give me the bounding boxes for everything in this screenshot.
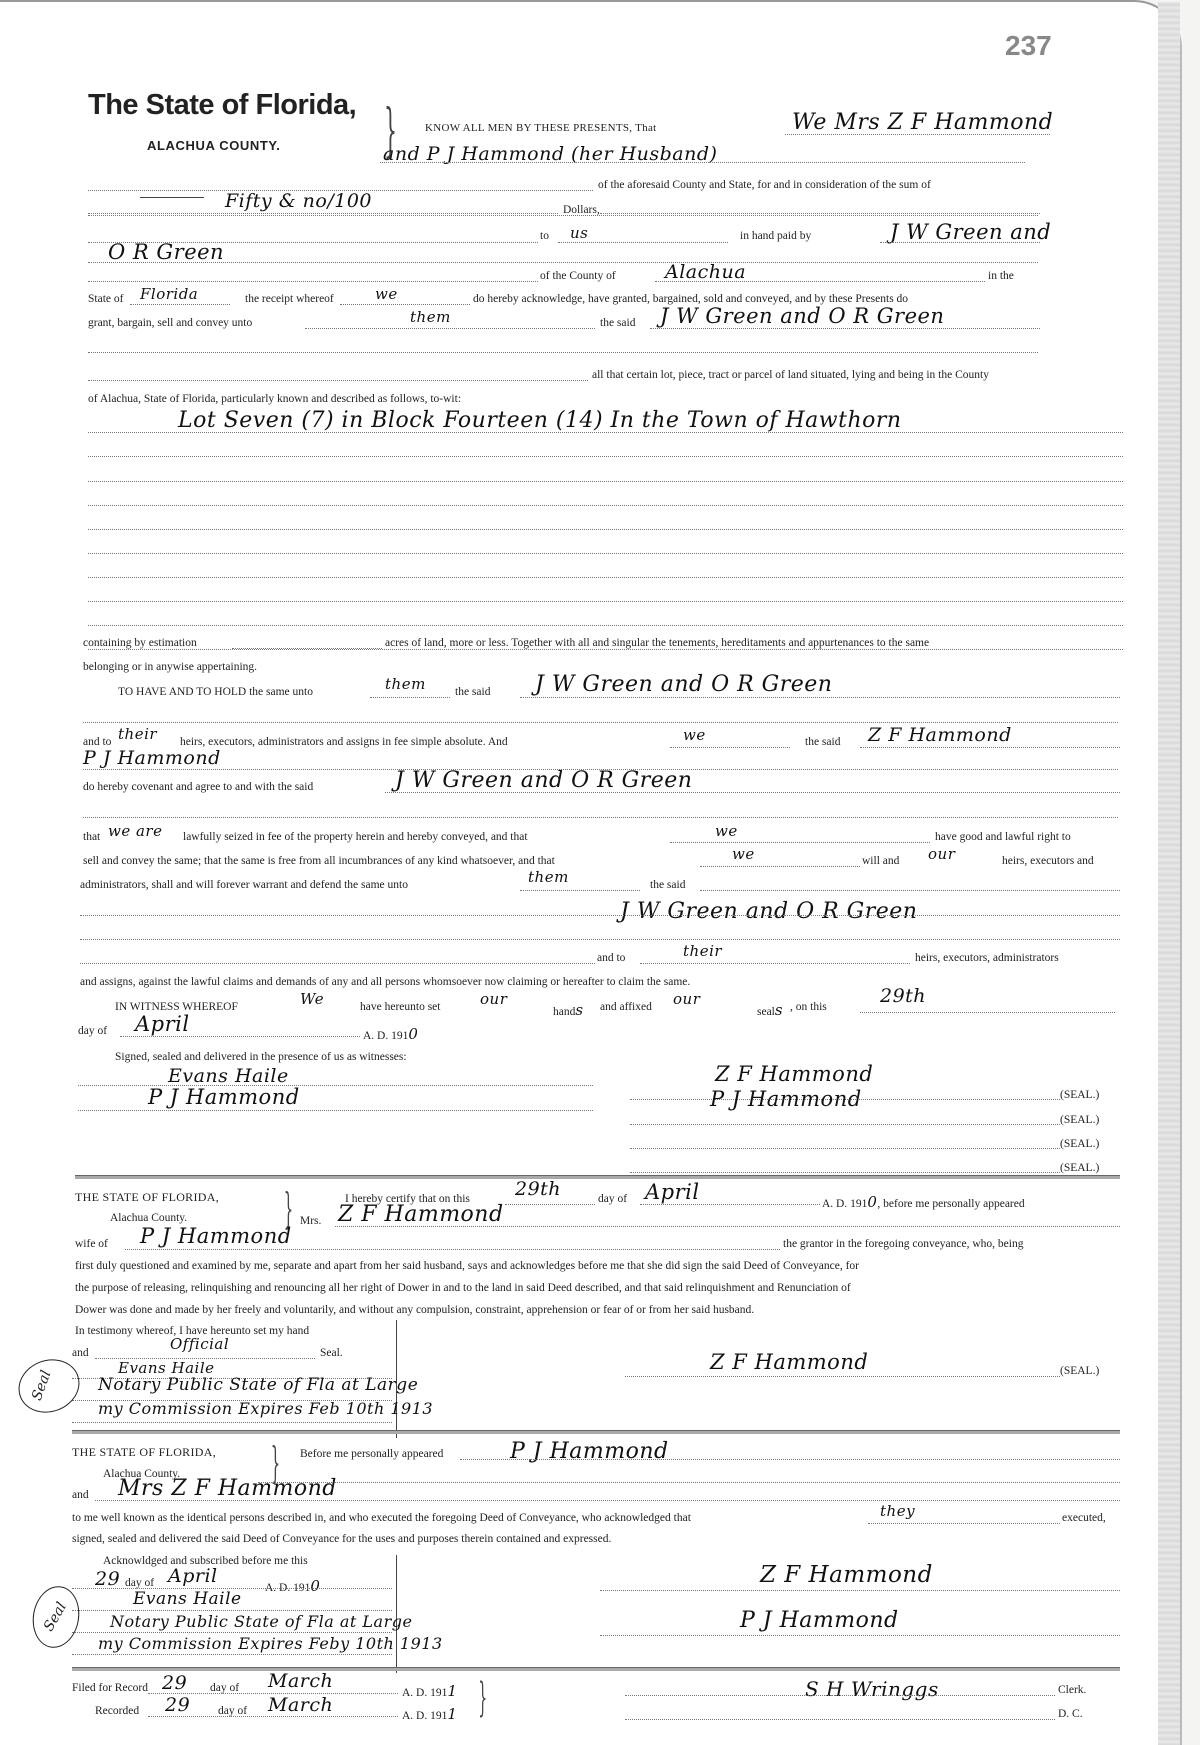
rule [600,1590,1120,1591]
text-sell-convey: sell and convey the same; that the same … [83,855,555,867]
rule [148,1716,398,1717]
text-signed: signed, sealed and delivered the said De… [72,1533,611,1545]
ack-person-2: Mrs Z F Hammond [118,1476,337,1501]
rule [72,1632,392,1633]
land-description: Lot Seven (7) in Block Fourteen (14) In … [178,408,902,433]
rule [88,262,1038,263]
rule [860,1012,1115,1013]
text-mrs: Mrs. [300,1215,321,1227]
rule [80,915,1120,916]
text-wife-of: wife of [75,1238,108,1250]
sum-value: Fifty & no/100 [225,190,372,212]
covenant-grantees: J W Green and O R Green [395,768,692,793]
text-belonging: belonging or in anywise appertaining. [83,661,257,673]
rule [88,213,558,214]
to-value: us [570,224,588,242]
text-heirs-exec-admin: heirs, executors, administrators [915,952,1059,964]
ad-label: A. D. 191 [822,1198,867,1210]
covenantor-1: Z F Hammond [868,724,1012,746]
text-heirs-exec: heirs, executors and [1002,855,1094,867]
rule [72,1654,392,1655]
text-and-affixed: and affixed [600,1001,652,1013]
rule [385,792,1120,793]
ack-signature-2: P J Hammond [740,1608,899,1633]
text-executed: executed, [1062,1512,1106,1524]
year-digit: 0 [408,1025,418,1043]
to-have-value: them [385,675,426,693]
text-clerk: Clerk. [1058,1684,1086,1696]
text-filed: Filed for Record [72,1682,148,1694]
text-in-the: in the [988,270,1014,282]
rule [88,601,1123,602]
text-and: and [72,1489,89,1501]
text-of-county-of: of the County of [540,270,616,282]
dower-county: Alachua County. [110,1212,187,1224]
ack-person-1: P J Hammond [510,1439,669,1464]
section-divider [72,1667,1120,1671]
grantees-value: J W Green and O R Green [660,304,944,328]
text-to-have: TO HAVE AND TO HOLD the same unto [118,686,313,698]
witness-our-2: our [673,990,700,1008]
ad-label: A. D. 191 [402,1710,447,1722]
that-value: we are [108,822,162,840]
dower-state: THE STATE OF FLORIDA, [75,1190,219,1205]
text-well-known: to me well known as the identical person… [72,1512,691,1524]
rule [125,1249,780,1250]
witness-name-1: Evans Haile [168,1065,289,1087]
text-day-of: day of [78,1025,107,1037]
seal-label-2: (SEAL.) [1060,1114,1099,1126]
text-containing: containing by estimation [83,637,197,649]
text-para-2: the purpose of releasing, relinquishing … [75,1282,851,1294]
seal-label-3: (SEAL.) [1060,1138,1099,1150]
rule [460,1459,1120,1460]
text-before-me: Before me personally appeared [300,1448,443,1460]
rule [80,939,1120,940]
rule [305,328,595,329]
text-have-good: have good and lawful right to [935,831,1071,843]
grant-unto-value: them [410,308,451,326]
rule [88,432,1123,433]
witness-our-1: our [480,990,507,1008]
dower-month: April [645,1180,700,1204]
text-acres: acres of land, more or less. Together wi… [385,637,929,649]
text-on-this: , on this [790,1001,827,1013]
rule [83,722,1118,723]
text-the-said: the said [600,317,635,329]
clerk-signature: S H Wringgs [805,1677,939,1701]
text-recorded-ad: A. D. 1911 [402,1705,457,1723]
before-me-label: , before me personally appeared [877,1198,1024,1210]
text-dollars: Dollars, [563,204,600,216]
rule [130,304,230,305]
rule [558,242,728,243]
text-hand: hands [553,1001,584,1019]
rule [88,281,538,282]
ad-label: A. D. 191 [402,1687,447,1699]
rule [670,842,930,843]
ack-day: 29 [95,1568,120,1590]
rule [625,1376,1060,1377]
witness-we: We [300,990,324,1008]
year-digit: 0 [867,1193,877,1211]
text-the-said-2: the said [455,686,490,698]
rule [335,1226,1120,1227]
warrant-grantees: J W Green and O R Green [620,899,917,924]
text-all-that: all that certain lot, piece, tract or pa… [592,369,989,381]
text-dc: D. C. [1058,1708,1083,1720]
rule [505,1204,595,1205]
receipt-value: we [375,285,398,303]
rule [340,304,470,305]
text-of-alachua: of Alachua, State of Florida, particular… [88,393,461,405]
and-to-value: their [118,725,157,743]
rule [72,1422,392,1423]
filed-month: March [268,1670,333,1692]
text-para-3: Dower was done and made by her freely an… [75,1304,754,1316]
year-digit: 0 [310,1577,320,1595]
text-recorded: Recorded [95,1705,139,1717]
dower-seal-label: (SEAL.) [1060,1365,1099,1377]
witness-day: 29th [880,985,926,1007]
rule [640,963,910,964]
ack-they: they [880,1502,915,1520]
ack-state: THE STATE OF FLORIDA, [72,1445,216,1460]
rule [88,481,1123,482]
dower-mrs-value: Z F Hammond [338,1202,504,1227]
text-grantor: the grantor in the foregoing conveyance,… [783,1238,1023,1250]
rule [630,1148,1060,1149]
ack-notary-name: Evans Haile [133,1589,242,1609]
county-value: Alachua [665,261,746,283]
dash-mark [140,197,204,198]
rule [520,890,640,891]
rule [120,1036,360,1037]
seal-label-4: (SEAL.) [1060,1162,1099,1174]
text-that: that [83,831,100,843]
text-the-said-4: the said [650,879,685,891]
filed-day: 29 [162,1672,187,1694]
rule [640,1204,820,1205]
text-will-and: will and [862,855,899,867]
ack-signature-1: Z F Hammond [760,1562,933,1588]
text-heirs-fee: heirs, executors, administrators and ass… [180,736,508,748]
ad-label: A. D. 191 [363,1030,408,1042]
dower-official: Official [170,1335,229,1353]
ack-commission: my Commission Expires Feby 10th 1913 [98,1634,443,1653]
rule [88,352,1038,353]
and-value: we [683,726,706,744]
rule [88,577,1123,578]
notary-seal-mark: Seal [11,1351,87,1421]
rule [88,553,1123,554]
text-in-hand-paid: in hand paid by [740,230,811,242]
hand-label: hand [553,1006,575,1018]
recorded-day: 29 [165,1694,190,1716]
rule [700,866,860,867]
section-divider [72,1430,1120,1434]
text-have-hereunto: have hereunto set [360,1001,440,1013]
text-and-to-2: and to [597,952,625,964]
state-value: Florida [140,285,198,303]
dower-day: 29th [515,1178,561,1200]
text-day-of: day of [598,1193,627,1205]
payer-line1: J W Green and [890,220,1051,244]
seal-mark-text: Seal [29,1368,55,1402]
rule [700,890,1120,891]
admin-value: them [528,868,569,886]
rule [232,648,382,649]
rule [380,162,1025,163]
seal-label-1: (SEAL.) [1060,1089,1099,1101]
rule [370,697,450,698]
rule [83,817,1118,818]
page-number: 237 [1005,30,1052,62]
text-lawfully: lawfully seized in fee of the property h… [183,831,528,843]
text-aforesaid: of the aforesaid County and State, for a… [598,179,931,191]
ack-seal-mark: Seal [28,1582,84,1651]
text-signed-sealed: Signed, sealed and delivered in the pres… [115,1051,407,1063]
text-receipt-whereof: the receipt whereof [245,293,334,305]
text-ad: A. D. 1910, before me personally appeare… [822,1193,1025,1211]
rule [88,529,1123,530]
recorded-month: March [268,1694,333,1716]
section-divider [75,1175,1120,1179]
document-title: The State of Florida, [88,89,356,122]
rule [860,747,1120,748]
covenantor-2: P J Hammond [83,747,221,769]
dower-commission: my Commission Expires Feb 10th 1913 [98,1399,433,1418]
rule [88,380,588,381]
grantor-signature-1: Z F Hammond [715,1062,873,1086]
rule [625,1719,1055,1720]
grantors-line1: We Mrs Z F Hammond [792,110,1053,135]
witness-month: April [135,1012,190,1036]
text-para-1: first duly questioned and examined by me… [75,1260,859,1272]
text-seal: seals [757,1001,783,1019]
ack-month: April [168,1565,218,1587]
rule [650,328,1040,329]
text-and-assigns: and assigns, against the lawful claims a… [80,976,690,988]
text-grant-unto: grant, bargain, sell and convey unto [88,317,252,329]
text-the-said-3: the said [805,736,840,748]
dower-notary-title: Notary Public State of Fla at Large [98,1375,418,1395]
seal-mark-text: Seal [41,1600,70,1635]
text-seal: Seal. [320,1347,343,1359]
rule [258,1482,1120,1483]
deed-page: 237 The State of Florida, ALACHUA COUNTY… [0,0,1182,1745]
will-value: our [928,845,955,863]
year-digit: 1 [447,1705,457,1723]
record-brace: } [478,1678,487,1718]
dower-signature: Z F Hammond [710,1350,868,1374]
county-heading: ALACHUA COUNTY. [147,138,280,153]
rule [625,1695,1055,1696]
payer-line2: O R Green [108,240,224,264]
text-ad: A. D. 1910 [363,1025,418,1043]
rule [600,1635,1120,1636]
ack-notary-title: Notary Public State of Fla at Large [110,1612,412,1631]
rule [785,134,1050,135]
seal-label: seal [757,1006,775,1018]
rule [88,625,1123,626]
rule [520,697,1120,698]
rule [868,1523,1060,1524]
text-state-of: State of [88,293,123,305]
year-digit: 1 [447,1682,457,1700]
text-and: and [72,1347,89,1359]
to-have-grantees: J W Green and O R Green [535,672,832,697]
rule [88,505,1123,506]
text-to: to [540,230,549,242]
rule [630,1172,1060,1173]
rule [72,1610,392,1611]
seal-suffix: s [775,1001,783,1019]
text-filed-ad: A. D. 1911 [402,1682,457,1700]
page-edge [1158,2,1180,1745]
dower-husband: P J Hammond [140,1224,292,1248]
rule [600,213,1040,214]
sell-value: we [732,845,755,863]
witness-name-2: P J Hammond [148,1085,300,1109]
rule [88,649,1123,650]
hand-suffix: s [575,1001,583,1019]
rule [880,242,1040,243]
know-all-text: KNOW ALL MEN BY THESE PRESENTS, That [425,122,657,134]
text-ad: A. D. 1910 [265,1577,320,1595]
and-to-2-value: their [683,942,722,960]
rule [630,1124,1060,1125]
rule [80,963,595,964]
rule [670,747,790,748]
rule [88,456,1123,457]
rule [78,1110,593,1111]
text-covenant: do hereby covenant and agree to and with… [83,781,313,793]
rule [95,1500,1120,1501]
text-administrators: administrators, shall and will forever w… [80,879,408,891]
rule [655,281,985,282]
grantor-signature-2: P J Hammond [710,1087,862,1111]
lawfully-value: we [715,822,738,840]
